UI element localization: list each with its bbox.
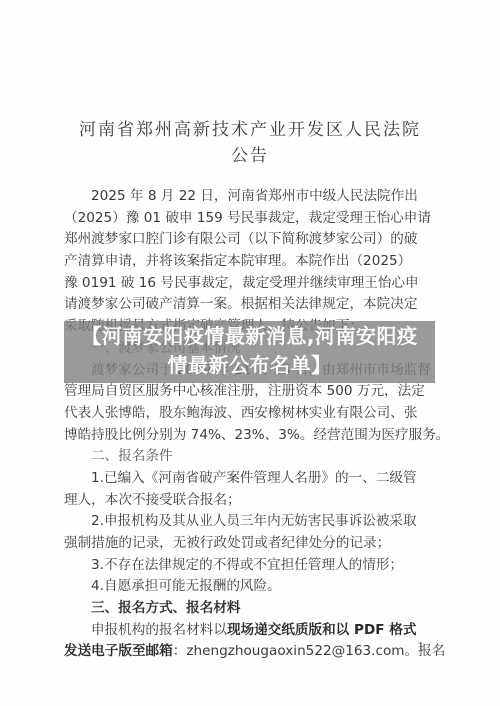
section-heading-2: 二、报名条件: [64, 446, 436, 468]
document-type-title: 公告: [0, 141, 500, 166]
body-line: 代表人张博皓，股东鲍海波、西安橡树林实业有限公司、张: [64, 403, 436, 425]
condition-item: 理人，本次不接受联合报名；: [64, 490, 436, 512]
condition-item: 1.已编入《河南省破产案件管理人名册》的一、二级管: [64, 468, 436, 490]
body-line: 管理局自贸区服务中心核准注册，注册资本 500 万元，法定: [64, 381, 436, 403]
overlay-banner-title: 【河南安阳疫情最新消息,河南安阳疫 情最新公布名单】: [64, 322, 435, 380]
condition-item: 3.不存在法律规定的不得或不宜担任管理人的情形；: [64, 555, 436, 577]
document-page: 河南省郑州高新技术产业开发区人民法院 公告 2025 年 8 月 22 日，河南…: [0, 0, 500, 706]
body-line: 郑州渡梦家口腔门诊有限公司（以下简称渡梦家公司）的破: [64, 229, 436, 251]
page-number: 1: [417, 640, 425, 654]
text-run: 申报机构的报名材料以: [91, 622, 227, 638]
condition-item: 2.申报机构及其从业人员三年内无妨害民事诉讼被采取: [64, 511, 436, 533]
body-line: （2025）豫 01 破申 159 号民事裁定，裁定受理王怡心申请: [64, 208, 436, 230]
body-line: 申报机构的报名材料以现场递交纸质版和以 PDF 格式: [64, 620, 436, 642]
court-name-title: 河南省郑州高新技术产业开发区人民法院: [0, 115, 500, 140]
body-line: 博皓持股比例分别为 74%、23%、3%。经营范围为医疗服务。: [64, 425, 436, 447]
bold-text-run: 发送电子版至邮箱: [64, 643, 173, 659]
section-heading-3: 三、报名方式、报名材料: [64, 598, 436, 620]
body-line: 2025 年 8 月 22 日，河南省郑州市中级人民法院作出: [64, 186, 436, 208]
condition-item: 4.自愿承担可能无报酬的风险。: [64, 576, 436, 598]
body-line: 豫 0191 破 16 号民事裁定，裁定受理并继续审理王怡心申: [64, 273, 436, 295]
email-text: ：zhengzhougaoxin522@163.com。报名: [173, 643, 446, 659]
body-line: 请渡梦家公司破产清算一案。根据相关法律规定，本院决定: [64, 294, 436, 316]
banner-line-2: 情最新公布名单】: [64, 351, 435, 380]
condition-item: 强制措施的记录，无被行政处罚或者纪律处分的记录；: [64, 533, 436, 555]
document-body: 2025 年 8 月 22 日，河南省郑州市中级人民法院作出 （2025）豫 0…: [64, 186, 436, 663]
body-line: 产清算申请，并将该案指定本院审理。本院作出（2025）: [64, 251, 436, 273]
banner-line-1: 【河南安阳疫情最新消息,河南安阳疫: [64, 322, 435, 351]
bold-text-run: 现场递交纸质版和以 PDF 格式: [227, 622, 417, 638]
body-line: 发送电子版至邮箱：zhengzhougaoxin522@163.com。报名: [64, 641, 436, 663]
